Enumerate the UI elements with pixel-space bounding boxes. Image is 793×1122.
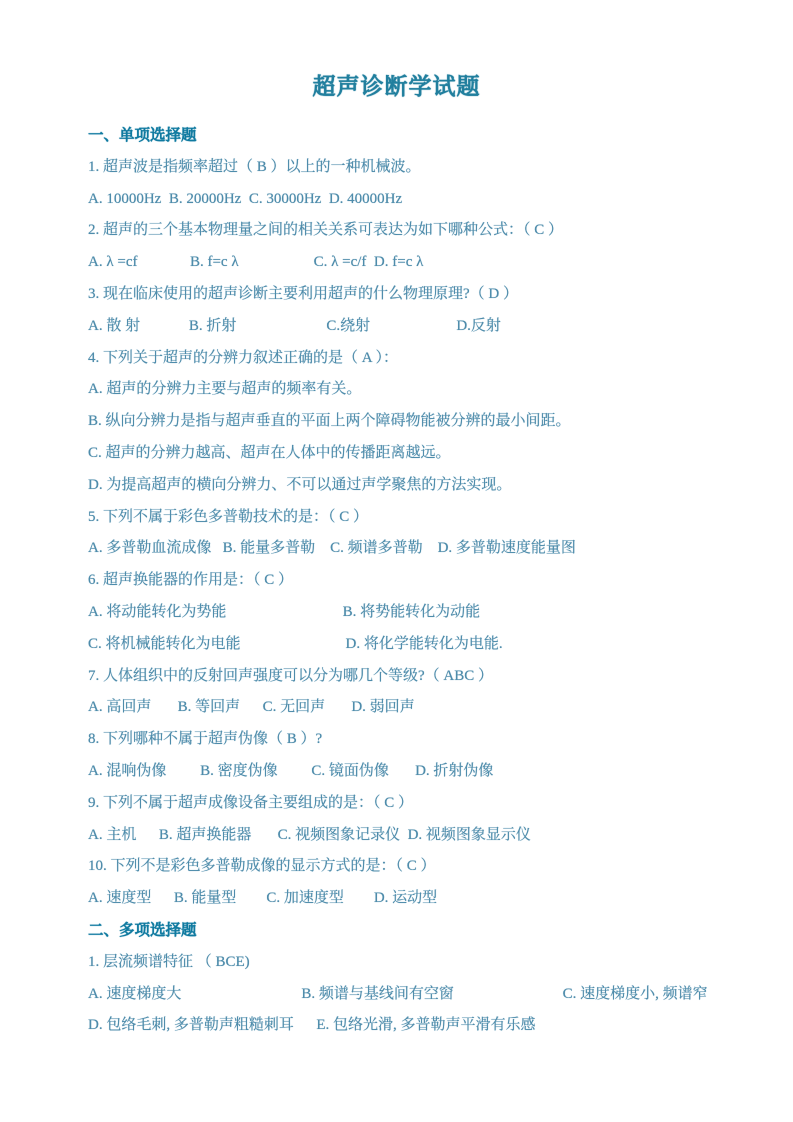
question-2-text: 2. 超声的三个基本物理量之间的相关关系可表达为如下哪种公式：（ C ）: [88, 215, 723, 247]
question-8-text: 8. 下列哪种不属于超声伪像（ B ）?: [88, 724, 723, 756]
question-3-text: 3. 现在临床使用的超声诊断主要利用超声的什么物理原理?（ D ）: [88, 279, 723, 311]
question-1-options-line: A. 10000Hz B. 20000Hz C. 30000Hz D. 4000…: [88, 184, 723, 216]
question-4-text: 4. 下列关于超声的分辨力叙述正确的是（ A ）：: [88, 343, 723, 375]
section-2-question-1-options-line-1: A. 速度梯度大 B. 频谱与基线间有空窗 C. 速度梯度小, 频谱窄: [88, 979, 723, 1011]
question-1-text: 1. 超声波是指频率超过（ B ）以上的一种机械波。: [88, 152, 723, 184]
section-2-question-1-options-line-2: D. 包络毛刺, 多普勒声粗糙刺耳 E. 包络光滑, 多普勒声平滑有乐感: [88, 1010, 723, 1042]
question-9-options-line: A. 主机 B. 超声换能器 C. 视频图象记录仪 D. 视频图象显示仪: [88, 820, 723, 852]
question-5-text: 5. 下列不属于彩色多普勒技术的是：（ C ）: [88, 502, 723, 534]
question-7-options-line: A. 高回声 B. 等回声 C. 无回声 D. 弱回声: [88, 692, 723, 724]
section-2-heading: 二、多项选择题: [88, 915, 723, 947]
document-body: 一、单项选择题 1. 超声波是指频率超过（ B ）以上的一种机械波。 A. 10…: [0, 100, 793, 1042]
question-6-options-line-2: C. 将机械能转化为电能 D. 将化学能转化为电能.: [88, 629, 723, 661]
question-4-option-a: A. 超声的分辨力主要与超声的频率有关。: [88, 374, 723, 406]
question-4-option-b: B. 纵向分辨力是指与超声垂直的平面上两个障碍物能被分辨的最小间距。: [88, 406, 723, 438]
question-6-options-line-1: A. 将动能转化为势能 B. 将势能转化为动能: [88, 597, 723, 629]
question-4-option-c: C. 超声的分辨力越高、超声在人体中的传播距离越远。: [88, 438, 723, 470]
question-2-options-line: A. λ =cf B. f=c λ C. λ =c/f D. f=c λ: [88, 247, 723, 279]
question-5-options-line: A. 多普勒血流成像 B. 能量多普勒 C. 频谱多普勒 D. 多普勒速度能量图: [88, 533, 723, 565]
question-6-text: 6. 超声换能器的作用是：（ C ）: [88, 565, 723, 597]
question-10-text: 10. 下列不是彩色多普勒成像的显示方式的是：（ C ）: [88, 851, 723, 883]
section-1-heading: 一、单项选择题: [88, 120, 723, 152]
question-9-text: 9. 下列不属于超声成像设备主要组成的是：（ C ）: [88, 788, 723, 820]
question-8-options-line: A. 混响伪像 B. 密度伪像 C. 镜面伪像 D. 折射伪像: [88, 756, 723, 788]
document-page: 超声诊断学试题 一、单项选择题 1. 超声波是指频率超过（ B ）以上的一种机械…: [0, 0, 793, 1122]
question-7-text: 7. 人体组织中的反射回声强度可以分为哪几个等级?（ ABC ）: [88, 661, 723, 693]
question-3-options-line: A. 散 射 B. 折射 C.绕射 D.反射: [88, 311, 723, 343]
question-10-options-line: A. 速度型 B. 能量型 C. 加速度型 D. 运动型: [88, 883, 723, 915]
question-4-option-d: D. 为提高超声的横向分辨力、不可以通过声学聚焦的方法实现。: [88, 470, 723, 502]
section-2-question-1-text: 1. 层流频谱特征 （ BCE): [88, 947, 723, 979]
document-title: 超声诊断学试题: [0, 0, 793, 100]
